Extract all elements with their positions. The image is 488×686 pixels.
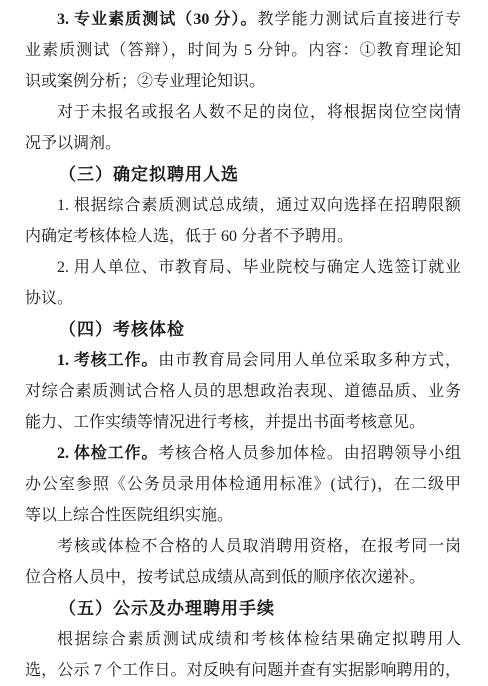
text-line: 3. 专业素质测试（30 分）。教学能力测试后直接进行专 [25, 4, 461, 35]
bold-text: （四）考核体检 [59, 320, 185, 339]
paragraph: 对于未报名或报名人数不足的岗位，将根据岗位空岗情况予以调剂。 [25, 97, 461, 159]
bold-text: 2. 体检工作。 [57, 445, 158, 462]
bold-text: （五）公示及办理聘用手续 [59, 599, 275, 618]
body-text: 由市教育局会同用人单位采取多种方式， [158, 352, 461, 369]
body-text: 教学能力测试后直接进行专 [258, 11, 461, 28]
body-text: 1. 根据综合素质测试总成绩，通过双向选择在招聘限额 [57, 197, 461, 214]
body-text: 考核合格人员参加体检。由招聘领导小组 [158, 445, 461, 462]
text-line: 选，公示 7 个工作日。对反映有问题并查有实据影响聘用的， [25, 655, 461, 686]
text-line: 识或案例分析；②专业理论知识。 [25, 66, 461, 97]
body-text: 内确定考核体检人选，低于 60 分者不予聘用。 [25, 228, 353, 245]
section-heading: （四）考核体检 [25, 314, 461, 345]
body-text: 选，公示 7 个工作日。对反映有问题并查有实据影响聘用的， [25, 662, 461, 679]
text-line: 对于未报名或报名人数不足的岗位，将根据岗位空岗情 [25, 97, 461, 128]
body-text: 等以上综合性医院组织实施。 [25, 507, 233, 524]
bold-text: 1. 考核工作。 [57, 352, 158, 369]
body-text: 业素质测试（答辩），时间为 5 分钟。内容：①教育理论知 [25, 42, 461, 59]
body-text: 况予以调剂。 [25, 135, 121, 152]
text-line: 能力、工作实绩等情况进行考核，并提出书面考核意见。 [25, 407, 461, 438]
document-page: 3. 专业素质测试（30 分）。教学能力测试后直接进行专业素质测试（答辩），时间… [0, 0, 488, 686]
body-text: 考核或体检不合格的人员取消聘用资格，在报考同一岗 [57, 538, 461, 555]
paragraph: 考核或体检不合格的人员取消聘用资格，在报考同一岗位合格人员中，按考试总成绩从高到… [25, 531, 461, 593]
paragraph: 2. 体检工作。考核合格人员参加体检。由招聘领导小组办公室参照《公务员录用体检通… [25, 438, 461, 531]
body-text: 协议。 [25, 290, 73, 307]
body-text: 位合格人员中，按考试总成绩从高到低的顺序依次递补。 [25, 569, 425, 586]
paragraph: 1. 根据综合素质测试总成绩，通过双向选择在招聘限额内确定考核体检人选，低于 6… [25, 190, 461, 252]
text-line: 2. 体检工作。考核合格人员参加体检。由招聘领导小组 [25, 438, 461, 469]
paragraph: 1. 考核工作。由市教育局会同用人单位采取多种方式，对综合素质测试合格人员的思想… [25, 345, 461, 438]
body-text: 根据综合素质测试成绩和考核体检结果确定拟聘用人 [57, 631, 461, 648]
body-text: 2. 用人单位、市教育局、毕业院校与确定人选签订就业 [57, 259, 461, 276]
text-line: 根据综合素质测试成绩和考核体检结果确定拟聘用人 [25, 624, 461, 655]
text-line: （五）公示及办理聘用手续 [25, 593, 461, 624]
paragraph: 3. 专业素质测试（30 分）。教学能力测试后直接进行专业素质测试（答辩），时间… [25, 4, 461, 97]
body-text: 办公室参照《公务员录用体检通用标准》(试行)，在二级甲 [25, 476, 461, 493]
section-heading: （三）确定拟聘用人选 [25, 159, 461, 190]
text-line: 内确定考核体检人选，低于 60 分者不予聘用。 [25, 221, 461, 252]
body-text: 能力、工作实绩等情况进行考核，并提出书面考核意见。 [25, 414, 425, 431]
text-line: 对综合素质测试合格人员的思想政治表现、道德品质、业务 [25, 376, 461, 407]
paragraph: 根据综合素质测试成绩和考核体检结果确定拟聘用人选，公示 7 个工作日。对反映有问… [25, 624, 461, 686]
document-body: 3. 专业素质测试（30 分）。教学能力测试后直接进行专业素质测试（答辩），时间… [25, 4, 461, 686]
text-line: 1. 考核工作。由市教育局会同用人单位采取多种方式， [25, 345, 461, 376]
text-line: 况予以调剂。 [25, 128, 461, 159]
section-heading: （五）公示及办理聘用手续 [25, 593, 461, 624]
bold-text: 3. 专业素质测试（30 分）。 [57, 11, 258, 28]
body-text: 识或案例分析；②专业理论知识。 [25, 73, 265, 90]
text-line: 考核或体检不合格的人员取消聘用资格，在报考同一岗 [25, 531, 461, 562]
text-line: 2. 用人单位、市教育局、毕业院校与确定人选签订就业 [25, 252, 461, 283]
bold-text: （三）确定拟聘用人选 [59, 165, 239, 184]
text-line: 位合格人员中，按考试总成绩从高到低的顺序依次递补。 [25, 562, 461, 593]
paragraph: 2. 用人单位、市教育局、毕业院校与确定人选签订就业协议。 [25, 252, 461, 314]
body-text: 对综合素质测试合格人员的思想政治表现、道德品质、业务 [25, 383, 461, 400]
text-line: 协议。 [25, 283, 461, 314]
text-line: 办公室参照《公务员录用体检通用标准》(试行)，在二级甲 [25, 469, 461, 500]
body-text: 对于未报名或报名人数不足的岗位，将根据岗位空岗情 [57, 104, 461, 121]
text-line: 等以上综合性医院组织实施。 [25, 500, 461, 531]
text-line: 业素质测试（答辩），时间为 5 分钟。内容：①教育理论知 [25, 35, 461, 66]
text-line: 1. 根据综合素质测试总成绩，通过双向选择在招聘限额 [25, 190, 461, 221]
text-line: （三）确定拟聘用人选 [25, 159, 461, 190]
text-line: （四）考核体检 [25, 314, 461, 345]
